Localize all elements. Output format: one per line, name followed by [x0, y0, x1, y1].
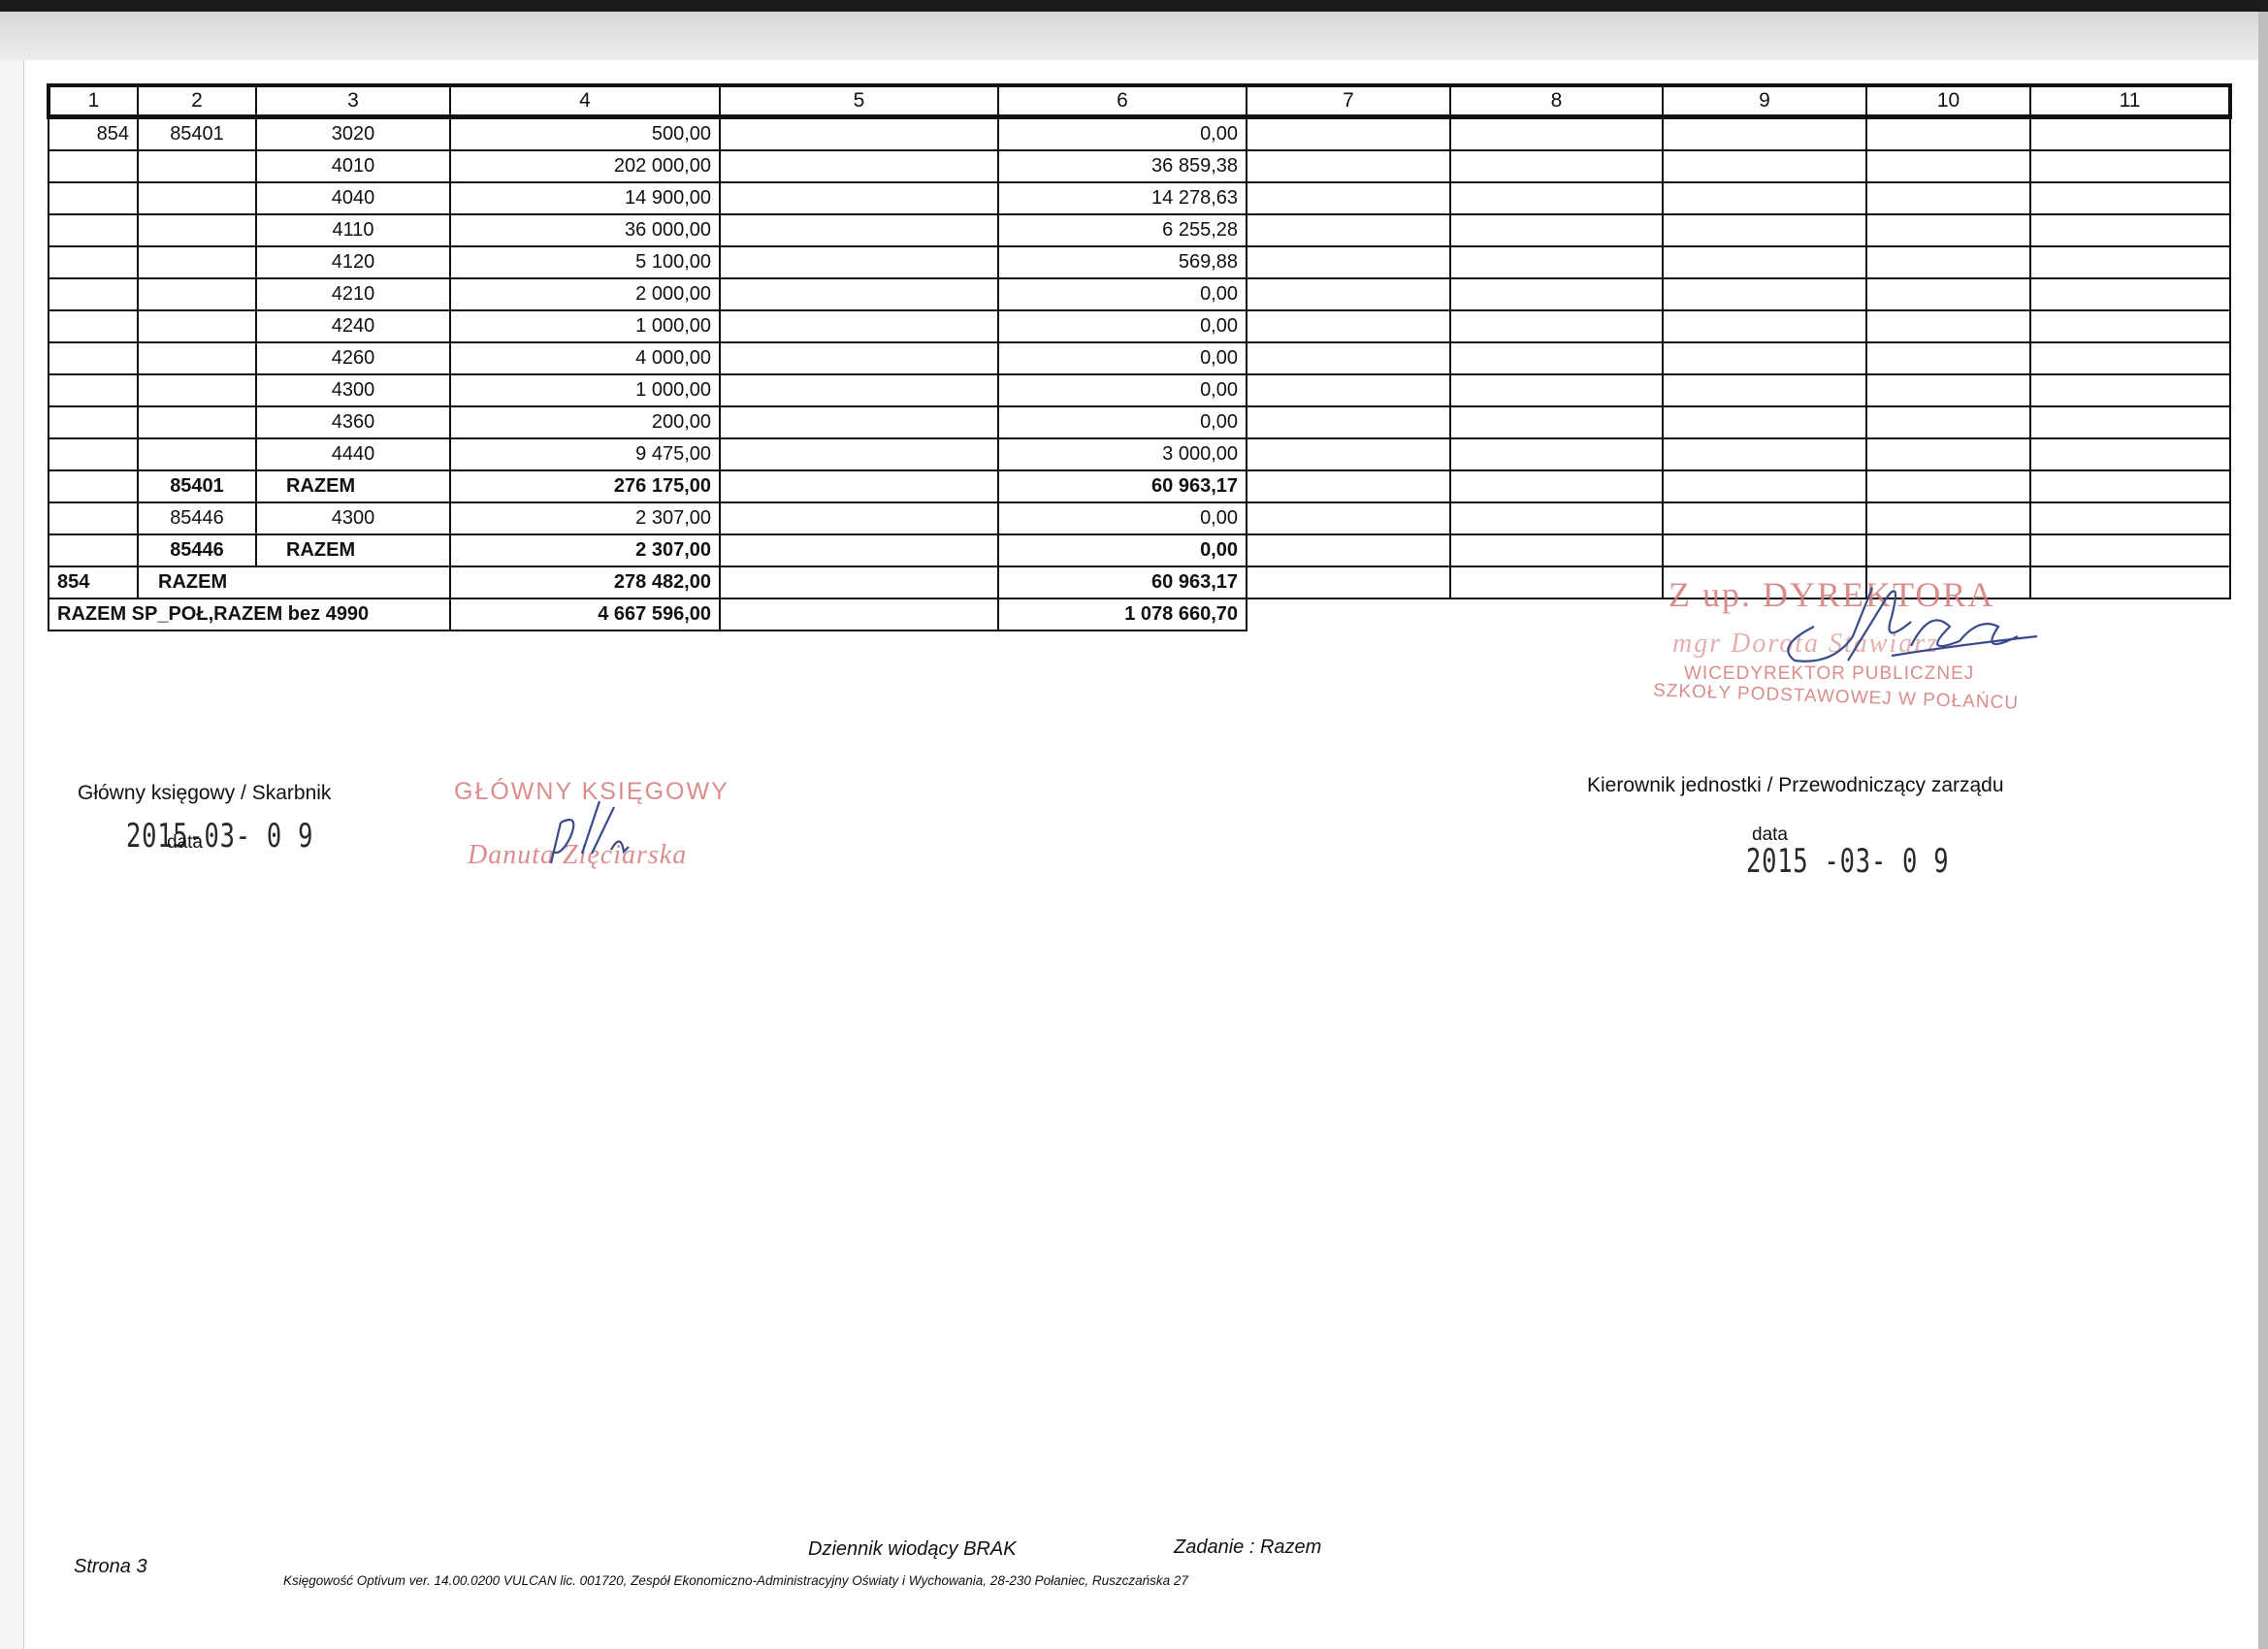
- column-header: 4: [450, 85, 720, 117]
- column-header: 3: [256, 85, 450, 117]
- chapter-cell: [49, 310, 138, 342]
- empty-cell: [2030, 150, 2230, 182]
- empty-cell: [1866, 502, 2030, 534]
- table-row: 42102 000,000,00: [49, 278, 2230, 310]
- empty-cell: [1247, 470, 1450, 502]
- paragraph-cell: RAZEM: [256, 470, 450, 502]
- empty-cell: [1247, 278, 1450, 310]
- scanner-edge-right: [2258, 12, 2268, 1649]
- empty-cell: [1866, 342, 2030, 374]
- empty-cell: [1663, 278, 1866, 310]
- unit-head-label: Kierownik jednostki / Przewodniczący zar…: [1587, 774, 2004, 797]
- executed-amount-cell: 36 859,38: [998, 150, 1247, 182]
- empty-cell: [1247, 182, 1450, 214]
- empty-cell: [2030, 278, 2230, 310]
- empty-cell: [2030, 310, 2230, 342]
- subchapter-cell: 85401: [138, 117, 256, 151]
- paragraph-cell: RAZEM: [256, 534, 450, 566]
- executed-amount-cell: 0,00: [998, 310, 1247, 342]
- empty-cell: [720, 470, 998, 502]
- empty-cell: [1866, 150, 2030, 182]
- empty-cell: [1450, 310, 1663, 342]
- empty-cell: [1450, 342, 1663, 374]
- planned-amount-cell: 2 000,00: [450, 278, 720, 310]
- paragraph-cell: 4120: [256, 246, 450, 278]
- empty-cell: [720, 182, 998, 214]
- empty-cell: [1663, 150, 1866, 182]
- executed-amount-cell: 0,00: [998, 117, 1247, 151]
- subtotal-row: 85401RAZEM276 175,0060 963,17: [49, 470, 2230, 502]
- executed-amount-cell: 0,00: [998, 342, 1247, 374]
- empty-cell: [1247, 502, 1450, 534]
- chief-accountant-date-stamp: 2015-03- 0 9: [126, 817, 313, 856]
- subchapter-cell: [138, 182, 256, 214]
- empty-cell: [2030, 438, 2230, 470]
- empty-cell: [2030, 342, 2230, 374]
- empty-cell: [1450, 534, 1663, 566]
- executed-amount-cell: 60 963,17: [998, 470, 1247, 502]
- table-row: 41205 100,00569,88: [49, 246, 2230, 278]
- empty-cell: [1866, 214, 2030, 246]
- table-row: 42401 000,000,00: [49, 310, 2230, 342]
- empty-cell: [1450, 246, 1663, 278]
- empty-cell: [1247, 566, 1450, 598]
- empty-cell: [1663, 310, 1866, 342]
- empty-cell: [1663, 534, 1866, 566]
- empty-cell: [1247, 406, 1450, 438]
- empty-cell: [2030, 502, 2230, 534]
- subchapter-cell: [138, 438, 256, 470]
- empty-cell: [2030, 182, 2230, 214]
- executed-amount-cell: 14 278,63: [998, 182, 1247, 214]
- planned-amount-cell: 276 175,00: [450, 470, 720, 502]
- empty-cell: [2030, 117, 2230, 151]
- executed-amount-cell: 6 255,28: [998, 214, 1247, 246]
- empty-cell: [1247, 374, 1450, 406]
- empty-cell: [720, 438, 998, 470]
- empty-cell: [1866, 534, 2030, 566]
- empty-cell: [2030, 246, 2230, 278]
- empty-cell: [1247, 342, 1450, 374]
- empty-cell: [1663, 438, 1866, 470]
- subchapter-cell: 85446: [138, 502, 256, 534]
- empty-cell: [1450, 502, 1663, 534]
- executed-amount-cell: 3 000,00: [998, 438, 1247, 470]
- paragraph-cell: 4210: [256, 278, 450, 310]
- empty-cell: [1450, 182, 1663, 214]
- empty-cell: [1450, 566, 1663, 598]
- chapter-cell: [49, 470, 138, 502]
- chapter-cell: [49, 150, 138, 182]
- table-row: 4360200,000,00: [49, 406, 2230, 438]
- empty-cell: [2030, 214, 2230, 246]
- empty-cell: [720, 310, 998, 342]
- section-code: 854: [49, 566, 138, 598]
- column-header: 5: [720, 85, 998, 117]
- scanner-edge-top: [0, 0, 2268, 12]
- empty-cell: [1663, 502, 1866, 534]
- planned-amount-cell: 9 475,00: [450, 438, 720, 470]
- empty-cell: [1450, 374, 1663, 406]
- chapter-cell: [49, 182, 138, 214]
- planned-amount-cell: 4 000,00: [450, 342, 720, 374]
- empty-cell: [1247, 246, 1450, 278]
- empty-cell: [1450, 406, 1663, 438]
- chapter-cell: [49, 278, 138, 310]
- empty-cell: [1450, 278, 1663, 310]
- table-row: 4010202 000,0036 859,38: [49, 150, 2230, 182]
- budget-table: 1 2 3 4 5 6 7 8 9 10 11 854854013020500,…: [47, 83, 2232, 631]
- empty-cell: [720, 246, 998, 278]
- column-header: 11: [2030, 85, 2230, 117]
- subchapter-cell: [138, 246, 256, 278]
- paragraph-cell: 4300: [256, 374, 450, 406]
- executed-amount-cell: 0,00: [998, 502, 1247, 534]
- empty-cell: [1866, 406, 2030, 438]
- empty-cell: [1663, 117, 1866, 151]
- planned-amount-cell: 2 307,00: [450, 502, 720, 534]
- chief-accountant-label: Główny księgowy / Skarbnik: [78, 782, 331, 805]
- unit-head-date-stamp: 2015 -03- 0 9: [1746, 842, 1949, 881]
- planned-amount-cell: 200,00: [450, 406, 720, 438]
- director-signature: [1756, 568, 2047, 675]
- empty-cell: [1866, 278, 2030, 310]
- empty-cell: [1866, 470, 2030, 502]
- empty-cell: [1866, 182, 2030, 214]
- paragraph-cell: 4440: [256, 438, 450, 470]
- chapter-cell: [49, 246, 138, 278]
- empty-cell: [1866, 310, 2030, 342]
- page-number: Strona 3: [74, 1556, 147, 1578]
- paragraph-cell: 3020: [256, 117, 450, 151]
- empty-cell: [2030, 374, 2230, 406]
- column-header: 6: [998, 85, 1247, 117]
- paragraph-cell: 4360: [256, 406, 450, 438]
- software-info: Księgowość Optivum ver. 14.00.0200 VULCA…: [283, 1573, 1188, 1588]
- journal-info: Dziennik wiodący BRAK: [808, 1538, 1017, 1561]
- grand-total-executed: 1 078 660,70: [998, 598, 1247, 630]
- empty-cell: [720, 214, 998, 246]
- subchapter-cell: [138, 214, 256, 246]
- chief-accountant-signature: [532, 793, 638, 871]
- executed-amount-cell: 0,00: [998, 406, 1247, 438]
- planned-amount-cell: 5 100,00: [450, 246, 720, 278]
- empty-cell: [1663, 182, 1866, 214]
- empty-cell: [1663, 374, 1866, 406]
- planned-amount-cell: 2 307,00: [450, 534, 720, 566]
- subchapter-cell: 85401: [138, 470, 256, 502]
- empty-cell: [720, 374, 998, 406]
- table-header-row: 1 2 3 4 5 6 7 8 9 10 11: [49, 85, 2230, 117]
- empty-cell: [1663, 246, 1866, 278]
- subchapter-cell: [138, 406, 256, 438]
- planned-amount-cell: 36 000,00: [450, 214, 720, 246]
- section-total-label: RAZEM: [138, 566, 450, 598]
- table-row: 404014 900,0014 278,63: [49, 182, 2230, 214]
- empty-cell: [1247, 534, 1450, 566]
- grand-total-planned: 4 667 596,00: [450, 598, 720, 630]
- planned-amount-cell: 14 900,00: [450, 182, 720, 214]
- table-row: 8544643002 307,000,00: [49, 502, 2230, 534]
- grand-total-label: RAZEM SP_POŁ,RAZEM bez 4990: [49, 598, 450, 630]
- empty-cell: [1247, 150, 1450, 182]
- empty-cell: [1450, 214, 1663, 246]
- paragraph-cell: 4240: [256, 310, 450, 342]
- empty-cell: [720, 150, 998, 182]
- subchapter-cell: [138, 342, 256, 374]
- task-info: Zadanie : Razem: [1174, 1536, 1321, 1559]
- empty-cell: [1866, 374, 2030, 406]
- chapter-cell: 854: [49, 117, 138, 151]
- empty-cell: [2030, 470, 2230, 502]
- chapter-cell: [49, 406, 138, 438]
- empty-cell: [1663, 214, 1866, 246]
- empty-cell: [1663, 342, 1866, 374]
- empty-cell: [1866, 117, 2030, 151]
- chapter-cell: [49, 214, 138, 246]
- empty-cell: [720, 278, 998, 310]
- empty-cell: [2030, 406, 2230, 438]
- empty-cell: [2030, 566, 2230, 598]
- empty-cell: [1450, 117, 1663, 151]
- column-header: 1: [49, 85, 138, 117]
- subchapter-cell: [138, 150, 256, 182]
- column-header: 2: [138, 85, 256, 117]
- empty-cell: [1247, 117, 1450, 151]
- paragraph-cell: 4300: [256, 502, 450, 534]
- section-total-executed: 60 963,17: [998, 566, 1247, 598]
- empty-cell: [720, 534, 998, 566]
- subchapter-cell: [138, 310, 256, 342]
- column-header: 9: [1663, 85, 1866, 117]
- executed-amount-cell: 0,00: [998, 534, 1247, 566]
- empty-cell: [1247, 310, 1450, 342]
- executed-amount-cell: 0,00: [998, 278, 1247, 310]
- paragraph-cell: 4110: [256, 214, 450, 246]
- empty-cell: [1866, 246, 2030, 278]
- executed-amount-cell: 0,00: [998, 374, 1247, 406]
- empty-cell: [1450, 438, 1663, 470]
- executed-amount-cell: 569,88: [998, 246, 1247, 278]
- chapter-cell: [49, 534, 138, 566]
- paragraph-cell: 4260: [256, 342, 450, 374]
- table-row: 43001 000,000,00: [49, 374, 2230, 406]
- empty-cell: [1663, 406, 1866, 438]
- empty-cell: [720, 598, 998, 630]
- subchapter-cell: [138, 374, 256, 406]
- chief-accountant-date-label: data: [167, 832, 203, 854]
- empty-cell: [1247, 438, 1450, 470]
- planned-amount-cell: 202 000,00: [450, 150, 720, 182]
- empty-cell: [720, 406, 998, 438]
- table-row: 42604 000,000,00: [49, 342, 2230, 374]
- subchapter-cell: 85446: [138, 534, 256, 566]
- planned-amount-cell: 1 000,00: [450, 310, 720, 342]
- table-row: 411036 000,006 255,28: [49, 214, 2230, 246]
- paragraph-cell: 4040: [256, 182, 450, 214]
- empty-cell: [1663, 470, 1866, 502]
- chapter-cell: [49, 342, 138, 374]
- table-row: 854854013020500,000,00: [49, 117, 2230, 151]
- subchapter-cell: [138, 278, 256, 310]
- column-header: 10: [1866, 85, 2030, 117]
- empty-cell: [720, 502, 998, 534]
- empty-cell: [1450, 150, 1663, 182]
- table-row: 44409 475,003 000,00: [49, 438, 2230, 470]
- empty-cell: [720, 566, 998, 598]
- empty-cell: [720, 342, 998, 374]
- subtotal-row: 85446RAZEM2 307,000,00: [49, 534, 2230, 566]
- column-header: 7: [1247, 85, 1450, 117]
- empty-cell: [1866, 438, 2030, 470]
- empty-cell: [2030, 534, 2230, 566]
- column-header: 8: [1450, 85, 1663, 117]
- chapter-cell: [49, 438, 138, 470]
- chapter-cell: [49, 374, 138, 406]
- empty-cell: [1450, 470, 1663, 502]
- paragraph-cell: 4010: [256, 150, 450, 182]
- section-total-planned: 278 482,00: [450, 566, 720, 598]
- chapter-cell: [49, 502, 138, 534]
- empty-cell: [1247, 214, 1450, 246]
- empty-cell: [720, 117, 998, 151]
- scanner-shadow: [0, 12, 2268, 60]
- planned-amount-cell: 1 000,00: [450, 374, 720, 406]
- planned-amount-cell: 500,00: [450, 117, 720, 151]
